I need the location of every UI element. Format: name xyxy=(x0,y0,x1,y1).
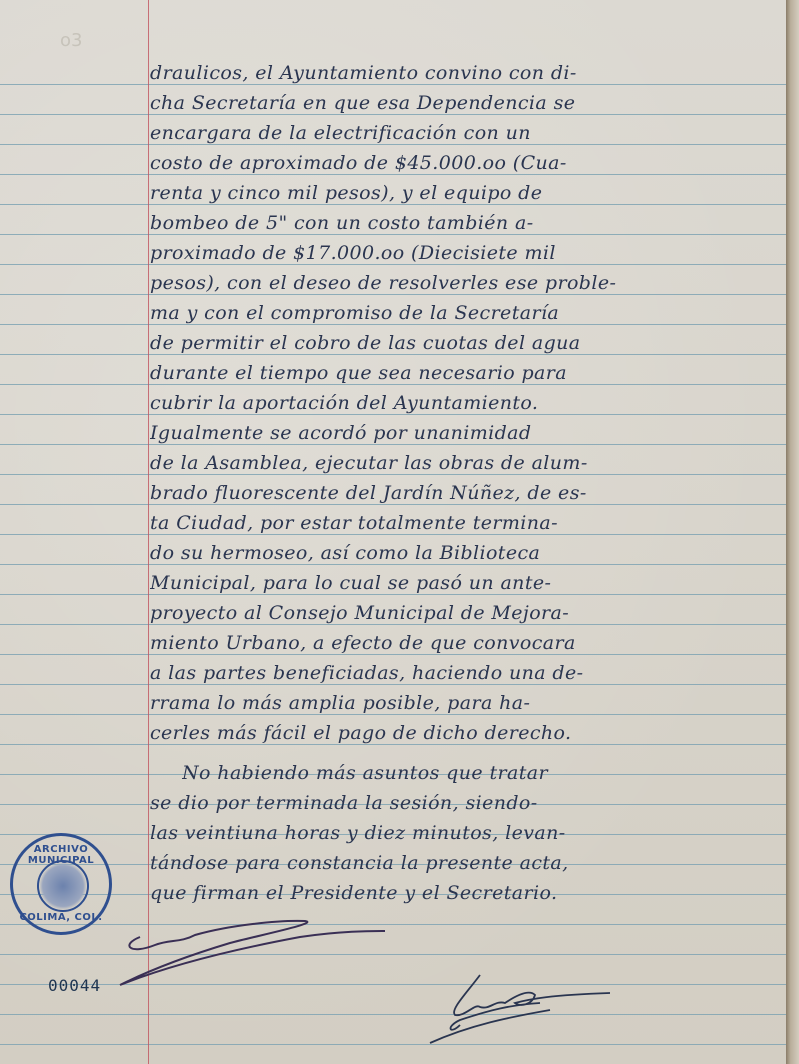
text-line: de la Asamblea, ejecutar las obras de al… xyxy=(150,448,786,478)
text-line: encargara de la electrificación con un xyxy=(150,118,786,148)
text-line: las veintiuna horas y diez minutos, leva… xyxy=(150,818,786,848)
text-line: durante el tiempo que sea necesario para xyxy=(150,358,786,388)
text-line: se dio por terminada la sesión, siendo- xyxy=(150,788,786,818)
text-line: cerles más fácil el pago de dicho derech… xyxy=(150,718,786,748)
text-line: a las partes beneficiadas, haciendo una … xyxy=(150,658,786,688)
text-line: draulicos, el Ayuntamiento convino con d… xyxy=(150,58,786,88)
text-line: rrama lo más amplia posible, para ha- xyxy=(150,688,786,718)
text-line: tándose para constancia la presente acta… xyxy=(150,848,786,878)
text-line: bombeo de 5" con un costo también a- xyxy=(150,208,786,238)
text-line: brado fluorescente del Jardín Núñez, de … xyxy=(150,478,786,508)
secretary-signature xyxy=(420,965,620,1050)
text-line: pesos), con el deseo de resolverles ese … xyxy=(150,268,786,298)
bleed-through-mark: o3 xyxy=(60,30,82,51)
stamp-emblem-icon xyxy=(37,860,89,912)
text-line: Igualmente se acordó por unanimidad xyxy=(150,418,786,448)
folio-number: 00044 xyxy=(48,976,101,995)
rule-line xyxy=(0,1044,786,1045)
text-line: costo de aproximado de $45.000.oo (Cua- xyxy=(150,148,786,178)
president-signature xyxy=(110,905,430,995)
text-line: proximado de $17.000.oo (Diecisiete mil xyxy=(150,238,786,268)
text-line: que firman el Presidente y el Secretario… xyxy=(150,878,786,908)
stamp-bottom-text: COLIMA, COL. xyxy=(13,912,109,923)
text-line: ma y con el compromiso de la Secretaría xyxy=(150,298,786,328)
rule-line xyxy=(0,1014,786,1015)
text-line: Municipal, para lo cual se pasó un ante- xyxy=(150,568,786,598)
text-line: renta y cinco mil pesos), y el equipo de xyxy=(150,178,786,208)
ledger-page: o3 draulicos, el Ayuntamiento convino co… xyxy=(0,0,786,1064)
text-line: No habiendo más asuntos que tratar xyxy=(182,758,786,788)
text-line: ta Ciudad, por estar totalmente termina- xyxy=(150,508,786,538)
text-line: cha Secretaría en que esa Dependencia se xyxy=(150,88,786,118)
archive-stamp: ARCHIVO MUNICIPAL COLIMA, COL. xyxy=(10,833,112,935)
text-line: miento Urbano, a efecto de que convocara xyxy=(150,628,786,658)
page-edge xyxy=(786,0,799,1064)
text-line: de permitir el cobro de las cuotas del a… xyxy=(150,328,786,358)
text-line: cubrir la aportación del Ayuntamiento. xyxy=(150,388,786,418)
text-line: do su hermoseo, así como la Biblioteca xyxy=(150,538,786,568)
text-line: proyecto al Consejo Municipal de Mejora- xyxy=(150,598,786,628)
